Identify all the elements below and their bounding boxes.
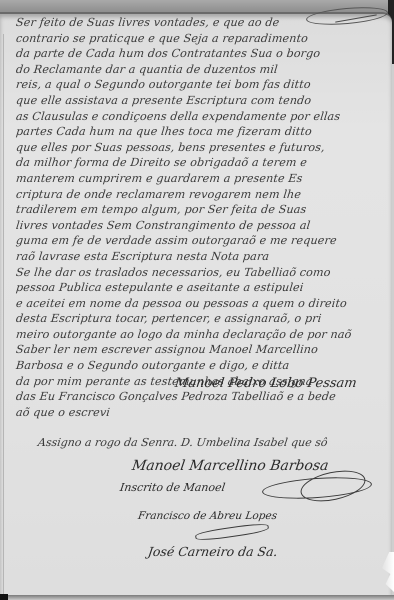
manuscript-line: das Eu Francisco Gonçalves Pedroza Tabel…	[15, 389, 389, 405]
attestation-line: Assigno a rogo da Senra. D. Umbelina Isa…	[37, 436, 328, 449]
manuscript-line: do Reclamante dar a quantia de duzentos …	[15, 62, 389, 78]
manuscript-line: guma em fe de verdade assim outorgaraõ e…	[15, 233, 389, 249]
manuscript-line: pessoa Publica estepulante e aseitante a…	[15, 280, 389, 296]
manuscript-line: desta Escriptura tocar, pertencer, e ass…	[15, 311, 389, 327]
manuscript-line: livres vontades Sem Constrangimento de p…	[15, 218, 389, 234]
manuscript-line: as Clausulas e condiçoens della expendam…	[15, 109, 389, 125]
manuscript-line: da parte de Cada hum dos Contratantes Su…	[15, 46, 389, 62]
manuscript-body: Ser feito de Suas livres vontades, e que…	[16, 15, 388, 420]
manuscript-line: meiro outorgante ao logo da minha declar…	[15, 327, 389, 343]
left-margin-rule	[3, 34, 4, 594]
manuscript-line: contrario se praticque e que Seja a repa…	[15, 31, 389, 47]
scan-dark-corner	[0, 594, 8, 600]
manuscript-line: que elle assistava a presente Escriptura…	[15, 93, 389, 109]
manuscript-line: partes Cada hum na que lhes toca me fize…	[15, 124, 389, 140]
manuscript-line: Se lhe dar os traslados necessarios, eu …	[15, 265, 389, 281]
signature-second-signatory: Manoel Marcellino Barbosa	[131, 458, 330, 474]
manuscript-line: Ser feito de Suas livres vontades, e que…	[15, 15, 389, 31]
manuscript-line: e aceitei em nome da pessoa ou pessoas a…	[15, 296, 389, 312]
signature-second-note: Inscrito de Manoel	[119, 481, 226, 494]
manuscript-line: Saber ler nem escrever assignou Manoel M…	[15, 342, 389, 358]
signature-witness-1: Francisco de Abreu Lopes	[137, 510, 278, 522]
manuscript-line: que elles por Suas pessoas, bens present…	[15, 140, 389, 156]
signature-first-signatory: Manoel Pedro Lobo Pessam	[174, 376, 358, 391]
signature-witness-2: José Carneiro da Sa.	[147, 544, 279, 559]
manuscript-line: reis, a qual o Segundo outorgante tei bo…	[15, 77, 389, 93]
manuscript-line: Barbosa e o Segundo outorgante e digo, e…	[15, 358, 389, 374]
manuscript-line: tradilerem em tempo algum, por Ser feita…	[15, 202, 389, 218]
manuscript-line: criptura de onde reclamarem revogarem ne…	[15, 187, 389, 203]
manuscript-line: da milhor forma de Direito se obrigadaõ …	[15, 155, 389, 171]
manuscript-line: manterem cumprirem e guardarem a present…	[15, 171, 389, 187]
scan-bottom-edge	[0, 595, 394, 600]
manuscript-line: raõ lavrase esta Escriptura nesta Nota p…	[15, 249, 389, 265]
manuscript-line: aõ que o escrevi	[15, 405, 389, 421]
